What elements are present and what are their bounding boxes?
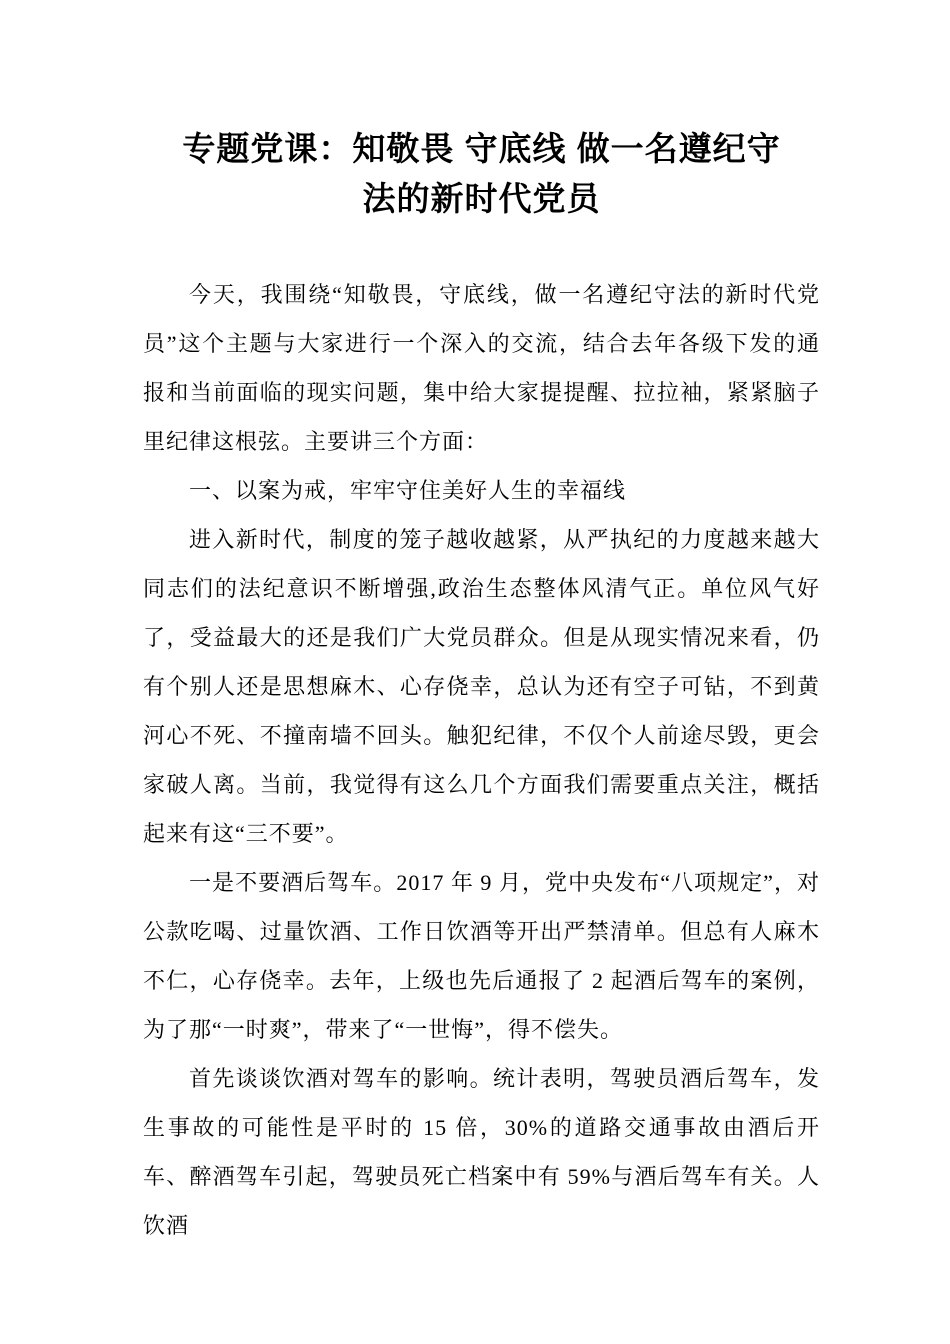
paragraph-drinking-driving-statistics: 首先谈谈饮酒对驾车的影响。统计表明，驾驶员酒后驾车，发生事故的可能性是平时的 1… — [143, 1054, 820, 1250]
document-title-line-2: 法的新时代党员 — [143, 174, 820, 224]
document-page: 专题党课：知敬畏 守底线 做一名遵纪守 法的新时代党员 今天，我围绕“知敬畏，守… — [0, 0, 950, 1344]
paragraph-no-drunk-driving: 一是不要酒后驾车。2017 年 9 月，党中央发布“八项规定”，对公款吃喝、过量… — [143, 858, 820, 1054]
paragraph-intro: 今天，我围绕“知敬畏，守底线，做一名遵纪守法的新时代党员”这个主题与大家进行一个… — [143, 270, 820, 466]
paragraph-section-one-heading: 一、以案为戒，牢牢守住美好人生的幸福线 — [143, 466, 820, 515]
paragraph-new-era-discipline: 进入新时代，制度的笼子越收越紧，从严执纪的力度越来越大同志们的法纪意识不断增强,… — [143, 515, 820, 858]
document-title-line-1: 专题党课：知敬畏 守底线 做一名遵纪守 — [143, 124, 820, 174]
document-title: 专题党课：知敬畏 守底线 做一名遵纪守 法的新时代党员 — [143, 124, 820, 224]
